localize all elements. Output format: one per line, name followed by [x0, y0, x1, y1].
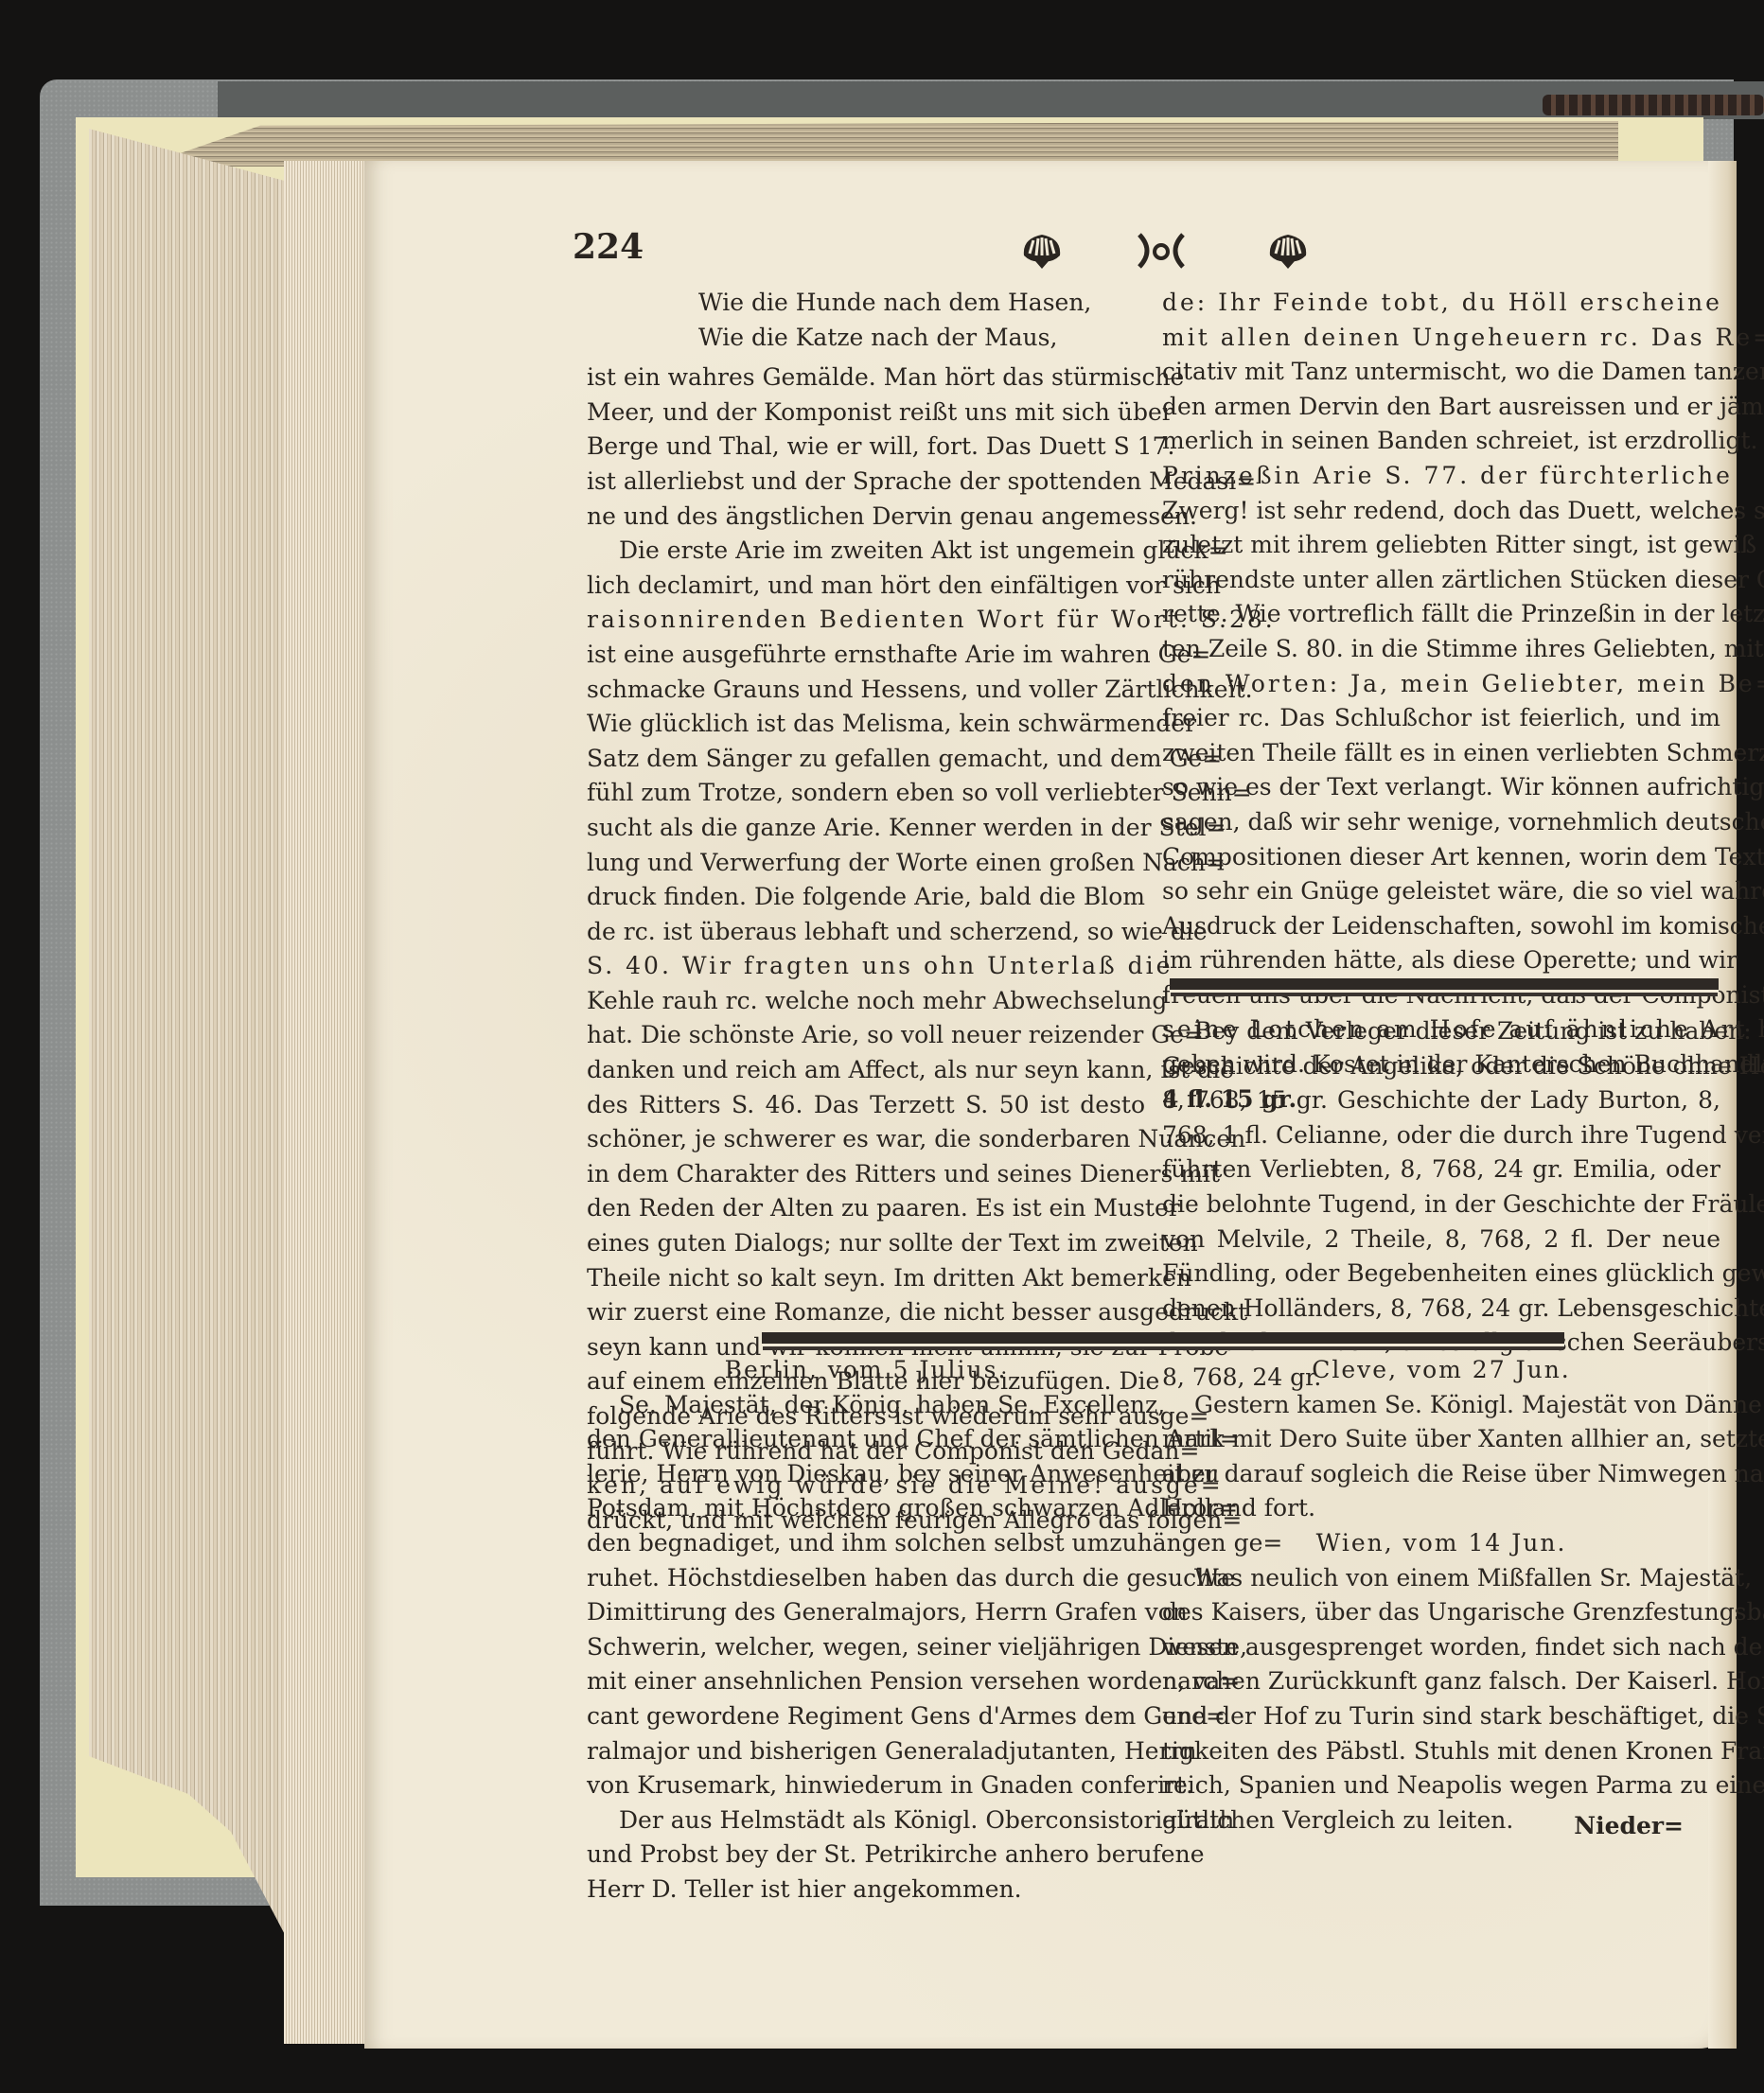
news-line: mit einer ansehnlichen Pension versehen … [587, 1664, 1145, 1699]
text-line: Berge und Thal, wie er will, fort. Das D… [587, 430, 1145, 465]
crescent-ornament-icon [1136, 233, 1187, 269]
text-line: Ausdruck der Leidenschaften, sowohl im k… [1162, 909, 1720, 944]
text-line: im rührenden hätte, als diese Operette; … [1162, 943, 1720, 978]
text-line: so sehr ein Gnüge geleistet wäre, die so… [1162, 874, 1720, 909]
ad-line: Fündling, oder Begebenheiten eines glück… [1162, 1257, 1720, 1292]
text-line: raisonnirenden Bedienten Wort für Wort. … [587, 603, 1145, 638]
text-line: zuletzt mit ihrem geliebten Ritter singt… [1162, 528, 1720, 563]
page-stack-inner [284, 161, 369, 2044]
text-line: wir zuerst eine Romanze, die nicht besse… [587, 1295, 1145, 1330]
ad-line: denen Holländers, 8, 768, 24 gr. Lebensg… [1162, 1292, 1720, 1327]
text-line: merlich in seinen Banden schreiet, ist e… [1162, 424, 1720, 459]
text-line: rette. Wie vortreflich fällt die Prinzeß… [1162, 597, 1720, 632]
news-line: Se. Majestät, der König, haben Se. Excel… [587, 1388, 1145, 1423]
text-line: ist eine ausgeführte ernsthafte Arie im … [587, 638, 1145, 673]
text-line: mit allen deinen Ungeheuern rc. Das Re= [1162, 321, 1720, 356]
news-line: Schwerin, welcher, wegen, seiner vieljäh… [587, 1630, 1145, 1665]
text-line: Kehle rauh rc. welche noch mehr Abwechse… [587, 984, 1145, 1019]
text-line: des Ritters S. 46. Das Terzett S. 50 ist… [587, 1088, 1145, 1123]
shell-ornament-icon [1020, 231, 1064, 271]
text-line: ne und des ängstlichen Dervin genau ange… [587, 500, 1145, 535]
news-line: lerie, Herrn von Dieskau, bey seiner Anw… [587, 1457, 1145, 1492]
text-line: Die erste Arie im zweiten Akt ist ungeme… [587, 534, 1145, 569]
text-line: S. 40. Wir fragten uns ohn Unterlaß die [587, 949, 1145, 984]
book-cover-spine-edge [218, 81, 1764, 119]
news-berlin: Berlin, vom 5 Julius. Se. Majestät, der … [587, 1353, 1145, 1908]
ad-line: die belohnte Tugend, in der Geschichte d… [1162, 1187, 1720, 1222]
text-line: citativ mit Tanz untermischt, wo die Dam… [1162, 355, 1720, 390]
text-line: ist ein wahres Gemälde. Man hört das stü… [587, 361, 1145, 396]
news-line: und der Hof zu Turin sind stark beschäft… [1162, 1699, 1720, 1734]
verse-line: Wie die Hunde nach dem Hasen, [587, 286, 1145, 321]
news-heading-berlin: Berlin, vom 5 Julius. [587, 1353, 1145, 1388]
news-line: Holland fort. [1162, 1491, 1720, 1526]
text-line: sagen, daß wir sehr wenige, vornehmlich … [1162, 805, 1720, 840]
ad-line: 8, 768, 15 gr. Geschichte der Lady Burto… [1162, 1083, 1720, 1118]
news-line: des Kaisers, über das Ungarische Grenzfe… [1162, 1595, 1720, 1630]
news-line: ruhet. Höchstdieselben haben das durch d… [587, 1561, 1145, 1596]
news-line: cant gewordene Regiment Gens d'Armes dem… [587, 1699, 1145, 1734]
news-line: aber darauf sogleich die Reise über Nimw… [1162, 1457, 1720, 1492]
text-line: schmacke Grauns und Hessens, und voller … [587, 673, 1145, 708]
shell-ornament-icon [1266, 231, 1310, 271]
ad-line: Geschichte der Angelika, oder die Schöne… [1162, 1049, 1720, 1084]
verse-line: Wie die Katze nach der Maus, [587, 321, 1145, 356]
news-line: Gestern kamen Se. Königl. Majestät von D… [1162, 1388, 1720, 1423]
text-line: Wie glücklich ist das Melisma, kein schw… [587, 707, 1145, 742]
text-line: de rc. ist überaus lebhaft und scherzend… [587, 915, 1145, 950]
text-line: Satz dem Sänger zu gefallen gemacht, und… [587, 742, 1145, 777]
news-line: ralmajor und bisherigen Generaladjutante… [587, 1734, 1145, 1769]
text-line: Meer, und der Komponist reißt uns mit si… [587, 396, 1145, 431]
text-line: den Reden der Alten zu paaren. Es ist ei… [587, 1191, 1145, 1226]
text-line: den armen Dervin den Bart ausreissen und… [1162, 390, 1720, 425]
news-line: Herr D. Teller ist hier angekommen. [587, 1873, 1145, 1908]
text-line: ten Zeile S. 80. in die Stimme ihres Gel… [1162, 632, 1720, 667]
text-line: hat. Die schönste Arie, so voll neuer re… [587, 1018, 1145, 1053]
news-line: den Generallieutenant und Chef der sämtl… [587, 1422, 1145, 1457]
text-line: danken und reich am Affect, als nur seyn… [587, 1053, 1145, 1088]
text-line: in dem Charakter des Ritters und seines … [587, 1157, 1145, 1192]
left-column: Wie die Hunde nach dem Hasen, Wie die Ka… [587, 286, 1145, 1538]
text-line: lung und Verwerfung der Worte einen groß… [587, 846, 1145, 881]
text-line: eines guten Dialogs; nur sollte der Text… [587, 1226, 1145, 1261]
text-line: Theile nicht so kalt seyn. Im dritten Ak… [587, 1261, 1145, 1296]
text-line: so wie es der Text verlangt. Wir können … [1162, 770, 1720, 805]
text-line: lich declamirt, und man hört den einfält… [587, 569, 1145, 604]
text-line: freier rc. Das Schlußchor ist feierlich,… [1162, 701, 1720, 736]
headband [1543, 95, 1764, 115]
news-line: Dimittirung des Generalmajors, Herrn Gra… [587, 1595, 1145, 1630]
news-line: tigkeiten des Päbstl. Stuhls mit denen K… [1162, 1734, 1720, 1769]
text-line: ist allerliebst und der Sprache der spot… [587, 465, 1145, 500]
news-right: Cleve, vom 27 Jun. Gestern kamen Se. Kön… [1162, 1353, 1720, 1838]
page-number: 224 [573, 227, 644, 267]
ad-line: von Melvile, 2 Theile, 8, 768, 2 fl. Der… [1162, 1222, 1720, 1258]
text-line: Compositionen dieser Art kennen, worin d… [1162, 840, 1720, 875]
news-line: von Krusemark, hinwiederum in Gnaden con… [587, 1768, 1145, 1803]
section-divider-rule [1170, 978, 1719, 993]
text-line: rührendste unter allen zärtlichen Stücke… [1162, 563, 1720, 598]
ad-line: führten Verliebten, 8, 768, 24 gr. Emili… [1162, 1152, 1720, 1187]
page-top-edges [142, 121, 1618, 167]
text-line: zweiten Theile fällt es in einen verlieb… [1162, 736, 1720, 771]
text-line: Zwerg! ist sehr redend, doch das Duett, … [1162, 494, 1720, 529]
news-line: reich, Spanien und Neapolis wegen Parma … [1162, 1768, 1720, 1803]
news-heading-wien: Wien, vom 14 Jun. [1162, 1526, 1720, 1561]
news-line: mark mit Dero Suite über Xanten allhier … [1162, 1422, 1720, 1457]
news-line: Der aus Helmstädt als Königl. Oberconsis… [587, 1803, 1145, 1838]
ad-line: Bey dem Verleger dieser Zeitung ist zu h… [1162, 1014, 1720, 1049]
news-line: narchen Zurückkunft ganz falsch. Der Kai… [1162, 1664, 1720, 1699]
news-line: Was neulich von einem Mißfallen Sr. Maje… [1162, 1561, 1720, 1596]
text-line: sucht als die ganze Arie. Kenner werden … [587, 811, 1145, 846]
news-line: und Probst bey der St. Petrikirche anher… [587, 1838, 1145, 1873]
text-line: druck finden. Die folgende Arie, bald di… [587, 880, 1145, 915]
ad-line: 768, 1 fl. Celianne, oder die durch ihre… [1162, 1118, 1720, 1153]
news-line: Potsdam, mit Höchstdero großen schwarzen… [587, 1491, 1145, 1526]
text-line: den Worten: Ja, mein Geliebter, mein Be= [1162, 667, 1720, 702]
text-line: de: Ihr Feinde tobt, du Höll erscheine [1162, 286, 1720, 321]
text-line: Prinzeßin Arie S. 77. der fürchterliche [1162, 459, 1720, 494]
text-line: fühl zum Trotze, sondern eben so voll ve… [587, 776, 1145, 811]
news-line: den begnadiget, und ihm solchen selbst u… [587, 1526, 1145, 1561]
news-heading-cleve: Cleve, vom 27 Jun. [1162, 1353, 1720, 1388]
news-line: wesen ausgesprenget worden, findet sich … [1162, 1630, 1720, 1665]
text-line: schöner, je schwerer es war, die sonderb… [587, 1122, 1145, 1157]
news-divider-rule [762, 1332, 1564, 1346]
catchword: Nieder= [1574, 1812, 1684, 1839]
